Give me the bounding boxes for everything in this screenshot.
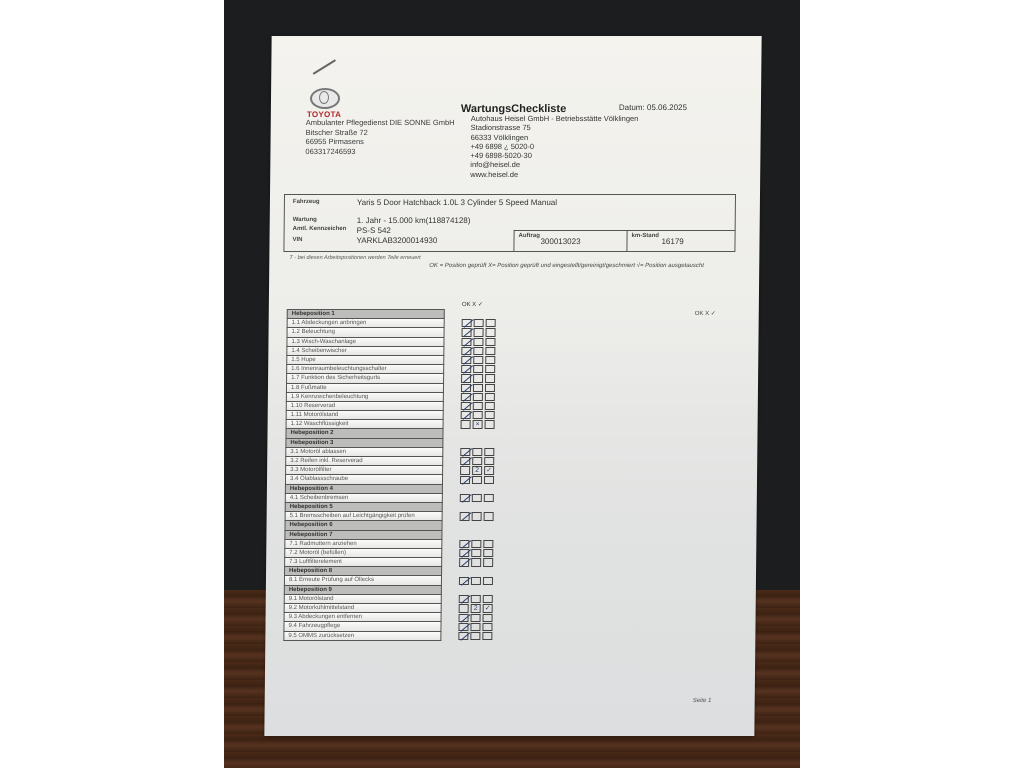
checkbox-ok[interactable] bbox=[461, 402, 471, 410]
checkbox-row bbox=[458, 623, 494, 631]
checkbox-replaced[interactable] bbox=[484, 512, 494, 520]
checkbox-replaced[interactable] bbox=[485, 347, 495, 355]
column-header: OK X ✓ bbox=[462, 301, 483, 308]
km-stand-box: km-Stand 16179 bbox=[626, 230, 735, 251]
checklist-item: 4.1 Scheibenbremsen bbox=[285, 494, 443, 503]
auftrag-label: Auftrag bbox=[519, 233, 540, 239]
checkbox-x[interactable] bbox=[474, 328, 484, 336]
vin-value: YARKLAB3200014930 bbox=[356, 236, 437, 245]
parts-note: T - bei diesen Arbeitspositionen werden … bbox=[289, 255, 420, 261]
dealer-street: Stadionstrasse 75 bbox=[471, 123, 639, 132]
checkbox-x[interactable] bbox=[474, 319, 484, 327]
checklist-item: 1.4 Scheibenwischer bbox=[286, 347, 444, 356]
checkbox-replaced[interactable] bbox=[482, 623, 492, 631]
checkbox-replaced[interactable] bbox=[483, 595, 493, 603]
checklist-item: 1.10 Reserverad bbox=[286, 402, 444, 411]
checkbox-ok[interactable] bbox=[460, 494, 470, 502]
checkbox-replaced[interactable] bbox=[486, 319, 496, 327]
customer-street: Bitscher Straße 72 bbox=[306, 128, 455, 138]
checkbox-replaced[interactable] bbox=[485, 365, 495, 373]
checklist-item: 1.9 Kennzeichenbeleuchtung bbox=[286, 393, 444, 402]
checklist-item: 1.1 Abdeckungen anbringen bbox=[287, 319, 445, 328]
checkbox-ok[interactable] bbox=[459, 540, 469, 548]
checkbox-row bbox=[460, 476, 496, 484]
status-legend: OK = Position geprüft X= Position geprüf… bbox=[429, 263, 704, 269]
checkbox-x[interactable]: 2 bbox=[472, 466, 482, 474]
checkbox-row bbox=[459, 558, 495, 566]
date-label: Datum: bbox=[619, 103, 645, 112]
checklist-section-header: Hebeposition 7 bbox=[284, 531, 442, 540]
customer-address: Ambulanter Pflegedienst DIE SONNE GmbH B… bbox=[305, 118, 454, 156]
checkbox-x[interactable] bbox=[471, 558, 481, 566]
checkbox-ok[interactable] bbox=[460, 466, 470, 474]
checkbox-replaced[interactable] bbox=[485, 356, 495, 364]
checklist-item: 7.1 Radmuttern anziehen bbox=[284, 540, 442, 549]
checkbox-replaced[interactable] bbox=[485, 411, 495, 419]
checkbox-x[interactable] bbox=[472, 494, 482, 502]
page-number: Seite 1 bbox=[693, 698, 712, 704]
checkbox-x[interactable] bbox=[473, 402, 483, 410]
checkbox-row bbox=[461, 393, 497, 401]
checkbox-x[interactable] bbox=[471, 577, 481, 585]
checkbox-ok[interactable] bbox=[461, 338, 471, 346]
checkbox-row: × bbox=[461, 420, 497, 428]
legend-right: OK X ✓ bbox=[695, 310, 716, 317]
checkbox-x[interactable] bbox=[473, 347, 483, 355]
checklist-item: 3.4 Ölablassschraube bbox=[285, 475, 443, 484]
checkbox-replaced[interactable] bbox=[483, 614, 493, 622]
checkbox-x[interactable] bbox=[471, 614, 481, 622]
checklist-item: 3.2 Reifen inkl. Reserverad bbox=[285, 457, 443, 466]
checkbox-x[interactable] bbox=[473, 393, 483, 401]
checkbox-row bbox=[459, 549, 495, 557]
dealer-city: 66333 Völklingen bbox=[471, 133, 639, 142]
paper-fold-mark bbox=[313, 59, 336, 74]
checklist-item: 1.3 Wisch-Waschanlage bbox=[286, 338, 444, 347]
checkbox-x[interactable] bbox=[473, 374, 483, 382]
checkbox-ok[interactable] bbox=[459, 604, 469, 612]
checkbox-ok[interactable] bbox=[460, 476, 470, 484]
checkbox-ok[interactable] bbox=[459, 549, 469, 557]
auftrag-value: 300013023 bbox=[540, 237, 580, 246]
checklist-item: 1.5 Hupe bbox=[286, 356, 444, 365]
checklist-item: 1.8 Fußmatte bbox=[286, 384, 444, 393]
checklist-item: 5.1 Bremsscheiben auf Leichtgängigkeit p… bbox=[285, 512, 443, 521]
checkbox-replaced[interactable] bbox=[482, 632, 492, 640]
checklist-section-header: Hebeposition 9 bbox=[284, 586, 442, 595]
checkbox-replaced[interactable]: ✓ bbox=[484, 466, 494, 474]
checkbox-x[interactable]: 2 bbox=[471, 604, 481, 612]
checkbox-ok[interactable] bbox=[462, 328, 472, 336]
checklist-section-header: Hebeposition 2 bbox=[285, 429, 443, 438]
checklist-section-header: Hebeposition 8 bbox=[284, 567, 442, 576]
checkbox-row bbox=[458, 632, 494, 640]
checkbox-x[interactable] bbox=[472, 476, 482, 484]
checkbox-x[interactable] bbox=[470, 632, 480, 640]
checkbox-ok[interactable] bbox=[459, 614, 469, 622]
checkbox-row bbox=[459, 540, 495, 548]
checkbox-row: 2✓ bbox=[459, 604, 495, 612]
checkbox-ok[interactable] bbox=[458, 632, 468, 640]
checkbox-x[interactable] bbox=[473, 365, 483, 373]
checkbox-ok[interactable] bbox=[460, 448, 470, 456]
checklist-item: 9.5 OMMS zurücksetzen bbox=[283, 632, 441, 641]
checkbox-ok[interactable] bbox=[461, 365, 471, 373]
wartung-value: 1. Jahr - 15.000 km(118874128) bbox=[357, 216, 471, 225]
customer-city: 66955 Pirmasens bbox=[306, 137, 455, 147]
checklist-item: 3.1 Motoröl ablassen bbox=[285, 448, 443, 457]
checklist-item: 1.11 Motorölstand bbox=[286, 411, 444, 420]
checkbox-ok[interactable] bbox=[461, 393, 471, 401]
checkbox-replaced[interactable] bbox=[484, 494, 494, 502]
fahrzeug-value: Yaris 5 Door Hatchback 1.0L 3 Cylinder 5… bbox=[357, 198, 557, 207]
checklist-item: 1.12 Waschflüssigkeit bbox=[286, 420, 444, 429]
checkbox-x[interactable] bbox=[473, 356, 483, 364]
checkbox-ok[interactable] bbox=[460, 512, 470, 520]
checkbox-replaced[interactable] bbox=[485, 420, 495, 428]
checklist-section-header: Hebeposition 5 bbox=[285, 503, 443, 512]
date-value: 05.06.2025 bbox=[647, 103, 687, 112]
checkbox-ok[interactable] bbox=[459, 577, 469, 585]
dealer-name: Autohaus Heisel GmbH - Betriebsstätte Vö… bbox=[471, 114, 639, 123]
checklist-item: 9.2 Motorkühlmittelstand bbox=[284, 604, 442, 613]
checkbox-row bbox=[460, 448, 496, 456]
checkbox-replaced[interactable] bbox=[483, 558, 493, 566]
checkbox-replaced[interactable] bbox=[485, 384, 495, 392]
checklist-item: 7.3 Luftfilterelement bbox=[284, 558, 442, 567]
checklist-section-header: Hebeposition 3 bbox=[285, 439, 443, 448]
kennzeichen-label: Amtl. Kennzeichen bbox=[293, 226, 347, 232]
checklist-item: 7.2 Motoröl (befüllen) bbox=[284, 549, 442, 558]
km-stand-label: km-Stand bbox=[632, 233, 659, 239]
checkbox-replaced[interactable] bbox=[483, 540, 493, 548]
checkbox-x[interactable] bbox=[473, 384, 483, 392]
checkbox-row bbox=[459, 614, 495, 622]
checkbox-x[interactable] bbox=[471, 540, 481, 548]
customer-phone: 063317246593 bbox=[305, 147, 454, 157]
checklist-table: Hebeposition 11.1 Abdeckungen anbringen1… bbox=[283, 309, 444, 641]
checkbox-row bbox=[459, 577, 495, 585]
dealer-email: info@heisel.de bbox=[470, 160, 638, 169]
checkbox-row bbox=[459, 595, 495, 603]
dealer-phone: +49 6898 ¿ 5020-0 bbox=[470, 142, 638, 151]
checklist-item: 1.7 Funktion des Sicherheitsgurts bbox=[286, 374, 444, 383]
checklist-item: 1.6 Innenraumbeleuchtungsschalter bbox=[286, 365, 444, 374]
checkbox-x[interactable] bbox=[473, 411, 483, 419]
document-date: Datum: 05.06.2025 bbox=[619, 103, 687, 112]
checkbox-row bbox=[460, 512, 496, 520]
dealer-address: Autohaus Heisel GmbH - Betriebsstätte Vö… bbox=[470, 114, 638, 179]
vehicle-info-box: Fahrzeug Yaris 5 Door Hatchback 1.0L 3 C… bbox=[283, 194, 736, 252]
wartung-label: Wartung bbox=[293, 217, 317, 223]
checkbox-x[interactable]: × bbox=[473, 420, 483, 428]
dealer-web: www.heisel.de bbox=[470, 170, 638, 179]
checklist-item: 9.1 Motorölstand bbox=[284, 595, 442, 604]
checkbox-x[interactable] bbox=[471, 549, 481, 557]
checklist-paper: TOYOTA Ambulanter Pflegedienst DIE SONNE… bbox=[264, 36, 761, 736]
checkbox-ok[interactable] bbox=[459, 595, 469, 603]
checkbox-x[interactable] bbox=[471, 595, 481, 603]
checkbox-x[interactable] bbox=[472, 457, 482, 465]
toyota-logo: TOYOTA bbox=[307, 88, 341, 119]
checkbox-row bbox=[462, 319, 498, 327]
toyota-emblem-icon bbox=[310, 88, 340, 109]
checkbox-replaced[interactable] bbox=[484, 448, 494, 456]
checkbox-row bbox=[460, 457, 496, 465]
checkbox-ok[interactable] bbox=[461, 356, 471, 364]
checkbox-row bbox=[461, 347, 497, 355]
checkbox-replaced[interactable] bbox=[486, 328, 496, 336]
checkbox-ok[interactable] bbox=[461, 347, 471, 355]
checkbox-ok[interactable] bbox=[461, 374, 471, 382]
checkbox-row bbox=[461, 402, 497, 410]
checklist-item: 9.4 Fahrzeugpflege bbox=[283, 622, 441, 631]
checkbox-ok[interactable] bbox=[461, 411, 471, 419]
fahrzeug-label: Fahrzeug bbox=[293, 199, 320, 205]
checkbox-row bbox=[461, 374, 497, 382]
checkbox-row bbox=[461, 384, 497, 392]
checklist-item: 8.1 Erneute Prüfung auf Öllecks bbox=[284, 576, 442, 585]
checkbox-ok[interactable] bbox=[458, 623, 468, 631]
checkbox-replaced[interactable] bbox=[484, 457, 494, 465]
checkbox-ok[interactable] bbox=[459, 558, 469, 566]
checkbox-replaced[interactable] bbox=[485, 374, 495, 382]
checkbox-row bbox=[461, 338, 497, 346]
checkbox-row bbox=[461, 365, 497, 373]
km-stand-value: 16179 bbox=[661, 237, 683, 246]
checkbox-replaced[interactable] bbox=[485, 402, 495, 410]
checkbox-ok[interactable] bbox=[460, 457, 470, 465]
checkbox-row bbox=[461, 356, 497, 364]
checkbox-row bbox=[462, 328, 498, 336]
checkbox-replaced[interactable]: ✓ bbox=[483, 604, 493, 612]
checklist-section-header: Hebeposition 6 bbox=[284, 521, 442, 530]
kennzeichen-value: PS-S 542 bbox=[357, 226, 391, 235]
vin-label: VIN bbox=[292, 237, 302, 243]
checkbox-x[interactable] bbox=[472, 448, 482, 456]
checklist-item: 3.3 Motorölfilter bbox=[285, 466, 443, 475]
checkbox-row bbox=[460, 494, 496, 502]
checkbox-x[interactable] bbox=[470, 623, 480, 631]
checkbox-replaced[interactable] bbox=[483, 577, 493, 585]
checkbox-ok[interactable] bbox=[461, 420, 471, 428]
checkbox-replaced[interactable] bbox=[483, 549, 493, 557]
customer-name: Ambulanter Pflegedienst DIE SONNE GmbH bbox=[306, 118, 455, 128]
auftrag-box: Auftrag 300013023 bbox=[513, 230, 627, 251]
checklist-item: 1.2 Beleuchtung bbox=[287, 328, 445, 337]
checkbox-replaced[interactable] bbox=[485, 338, 495, 346]
dealer-fax: +49 6898-5020-30 bbox=[470, 151, 638, 160]
checkbox-replaced[interactable] bbox=[485, 393, 495, 401]
checkbox-ok[interactable] bbox=[461, 384, 471, 392]
checkbox-ok[interactable] bbox=[462, 319, 472, 327]
checkbox-x[interactable] bbox=[473, 338, 483, 346]
checkbox-x[interactable] bbox=[472, 512, 482, 520]
checklist-section-header: Hebeposition 4 bbox=[285, 485, 443, 494]
checkbox-row bbox=[461, 411, 497, 419]
checkbox-replaced[interactable] bbox=[484, 476, 494, 484]
checklist-section-header: Hebeposition 1 bbox=[287, 309, 445, 319]
checklist-item: 9.3 Abdeckungen entfernen bbox=[284, 613, 442, 622]
checkbox-row: 2✓ bbox=[460, 466, 496, 474]
